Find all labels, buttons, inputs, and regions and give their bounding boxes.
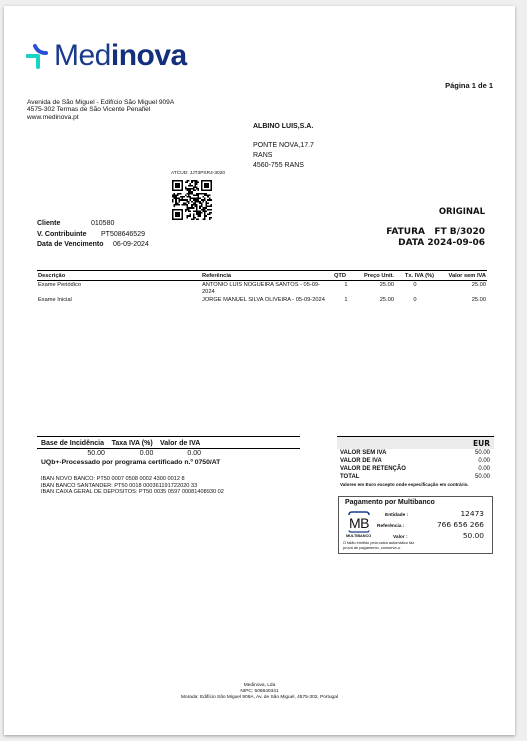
table-row: Exame InicialJORGE MANUEL SILVA OLIVEIRA… [37, 296, 487, 304]
cell-valor: 25.00 [435, 296, 487, 304]
multibanco-title: Pagamento por Multibanco [345, 499, 435, 506]
tax-id-label: V. Contribuinte [37, 230, 101, 241]
cell-referencia: JORGE MANUEL SILVA OLIVEIRA - 05-09-2024 [201, 296, 333, 304]
totals-panel: EUR VALOR SEM IVA50.00VALOR DE IVA0.00VA… [337, 436, 494, 488]
mb-entidade-row: Entidade :12473 [377, 509, 484, 518]
due-date-value: 06-09-2024 [113, 241, 149, 248]
cell-preco: 25.00 [359, 281, 395, 296]
footer-address: Morada: Edifício São Miguel 909A, Av. de… [4, 695, 515, 701]
totals-row: VALOR DE IVA0.00 [337, 457, 494, 465]
iban-novo-banco: IBAN NOVO BANCO: PT50 0007 0508 0002 430… [41, 476, 224, 483]
tax-id-row: V. ContribuintePT508646529 [37, 230, 149, 241]
company-address: Avenida de São Miguel - Edifício São Mig… [27, 99, 174, 121]
footer: Medinova, Lda NIPC: 506840341 Morada: Ed… [4, 683, 515, 700]
totals-value: 0.00 [478, 457, 490, 465]
totals-rows: VALOR SEM IVA50.00VALOR DE IVA0.00VALOR … [337, 449, 494, 481]
col-valor-iva: Valor de IVA [156, 437, 204, 449]
client-locality: RANS [253, 151, 314, 161]
client-postal: 4560-755 RANS [253, 161, 314, 171]
cell-preco: 25.00 [359, 296, 395, 304]
totals-label: VALOR SEM IVA [340, 449, 386, 457]
medinova-logo: Medinova [26, 38, 187, 74]
mb-entidade-value: 12473 [460, 509, 484, 518]
items-table: Descrição Referência QTD Preço Unit. Tx.… [37, 270, 487, 303]
due-date-row: Data de Vencimento06-09-2024 [37, 240, 149, 251]
vat-header-spacer [204, 437, 300, 449]
cell-taxa: 0 [395, 281, 435, 296]
col-preco: Preço Unit. [359, 271, 395, 281]
client-info: Cliente010580 V. ContribuintePT508646529… [37, 219, 149, 251]
certification-note: UQb+-Processado por programa certificado… [41, 459, 220, 466]
col-taxa-iva: Taxa IVA (%) [108, 437, 156, 449]
cell-valor: 25.00 [435, 281, 487, 296]
currency-label: EUR [337, 437, 494, 449]
multibanco-logo-icon: MB [346, 510, 372, 533]
cell-descricao: Exame Inicial [37, 296, 201, 304]
invoice-date-row: DATA 2024-09-06 [386, 238, 485, 249]
mb-referencia-value: 766 656 266 [437, 520, 484, 529]
col-descricao: Descrição [37, 271, 201, 281]
vat-rate: 0.00 [108, 449, 156, 459]
cell-qtd: 1 [333, 296, 359, 304]
currency-note: Valores em Euro excepto onde especificaç… [337, 481, 494, 488]
mb-footnote: O talão emitido pela caixa automático fa… [343, 540, 423, 550]
cell-descricao: Exame Periódico [37, 281, 201, 296]
due-date-label: Data de Vencimento [37, 240, 113, 251]
totals-label: VALOR DE RETENÇÃO [340, 465, 406, 473]
company-website-link[interactable]: www.medinova.pt [27, 114, 174, 121]
client-number-label: Cliente [37, 219, 91, 230]
page-indicator: Página 1 de 1 [445, 81, 493, 90]
medinova-logo-mark-icon [26, 43, 48, 69]
invoice-number-row: FATURA FT B/3020 [386, 227, 485, 238]
totals-row: TOTAL50.00 [337, 473, 494, 481]
totals-row: VALOR DE RETENÇÃO0.00 [337, 465, 494, 473]
vat-base: 50.00 [37, 449, 108, 459]
client-number-row: Cliente010580 [37, 219, 149, 230]
client-name: ALBINO LUIS,S.A. [253, 123, 313, 130]
vat-header-row: Base de Incidência Taxa IVA (%) Valor de… [37, 437, 300, 449]
client-address: PONTE NOVA,17.7 RANS 4560-755 RANS [253, 141, 314, 171]
totals-label: TOTAL [340, 473, 359, 481]
invoice-type-label: FATURA [386, 227, 425, 237]
multibanco-logo-caption: MULTIBANCO [346, 534, 371, 538]
vat-summary-table: Base de Incidência Taxa IVA (%) Valor de… [37, 436, 300, 458]
cell-qtd: 1 [333, 281, 359, 296]
tax-id-value: PT508646529 [101, 231, 145, 238]
atcud-code: ATCUD: JJT3PSR4-3020 [171, 171, 225, 176]
logo-wordmark: Medinova [54, 41, 187, 71]
totals-value: 50.00 [475, 473, 490, 481]
document-header: ORIGINAL FATURA FT B/3020 DATA 2024-09-0… [386, 207, 485, 249]
mb-valor-value: 50.00 [463, 531, 484, 540]
client-number-value: 010580 [91, 220, 114, 227]
invoice-number: FT B/3020 [434, 227, 485, 237]
invoice-date: 2024-09-06 [427, 238, 485, 248]
mb-valor-row: Valor :50.00 [377, 531, 484, 540]
table-row: Exame PeriódicoANTONIO LUIS NOGUEIRA SAN… [37, 281, 487, 296]
totals-value: 50.00 [475, 449, 490, 457]
invoice-date-label: DATA [398, 238, 424, 248]
company-city: 4575-302 Termas de São Vicente Penafiel [27, 106, 174, 113]
totals-value: 0.00 [478, 465, 490, 473]
cell-referencia: ANTONIO LUIS NOGUEIRA SANTOS - 05-09-202… [201, 281, 333, 296]
mb-entidade-label: Entidade : [377, 513, 408, 518]
col-qtd: QTD [333, 271, 359, 281]
company-street: Avenida de São Miguel - Edifício São Mig… [27, 99, 174, 106]
vat-row: 50.00 0.00 0.00 [37, 449, 300, 459]
col-taxa: Tx. IVA (%) [395, 271, 435, 281]
mb-referencia-label: Referência : [377, 524, 404, 529]
col-referencia: Referência [201, 271, 333, 281]
vat-amount: 0.00 [156, 449, 204, 459]
col-base: Base de Incidência [37, 437, 108, 449]
iban-santander: IBAN BANCO SANTANDER: PT50 0018 00036119… [41, 483, 224, 490]
svg-text:MB: MB [349, 515, 369, 531]
cell-taxa: 0 [395, 296, 435, 304]
iban-cgd: IBAN CAIXA GERAL DE DEPOSITOS: PT50 0035… [41, 489, 224, 496]
client-street: PONTE NOVA,17.7 [253, 141, 314, 151]
totals-label: VALOR DE IVA [340, 457, 382, 465]
vat-spacer [204, 449, 300, 459]
multibanco-payment-box: Pagamento por Multibanco MB MULTIBANCO E… [338, 496, 493, 554]
invoice-page: Medinova Página 1 de 1 Avenida de São Mi… [4, 6, 515, 735]
col-valor: Valor sem IVA [435, 271, 487, 281]
iban-list: IBAN NOVO BANCO: PT50 0007 0508 0002 430… [41, 476, 224, 496]
totals-row: VALOR SEM IVA50.00 [337, 449, 494, 457]
qr-code-icon [172, 180, 212, 220]
mb-referencia-row: Referência :766 656 266 [377, 520, 484, 529]
copy-label: ORIGINAL [386, 207, 485, 217]
items-header-row: Descrição Referência QTD Preço Unit. Tx.… [37, 271, 487, 281]
